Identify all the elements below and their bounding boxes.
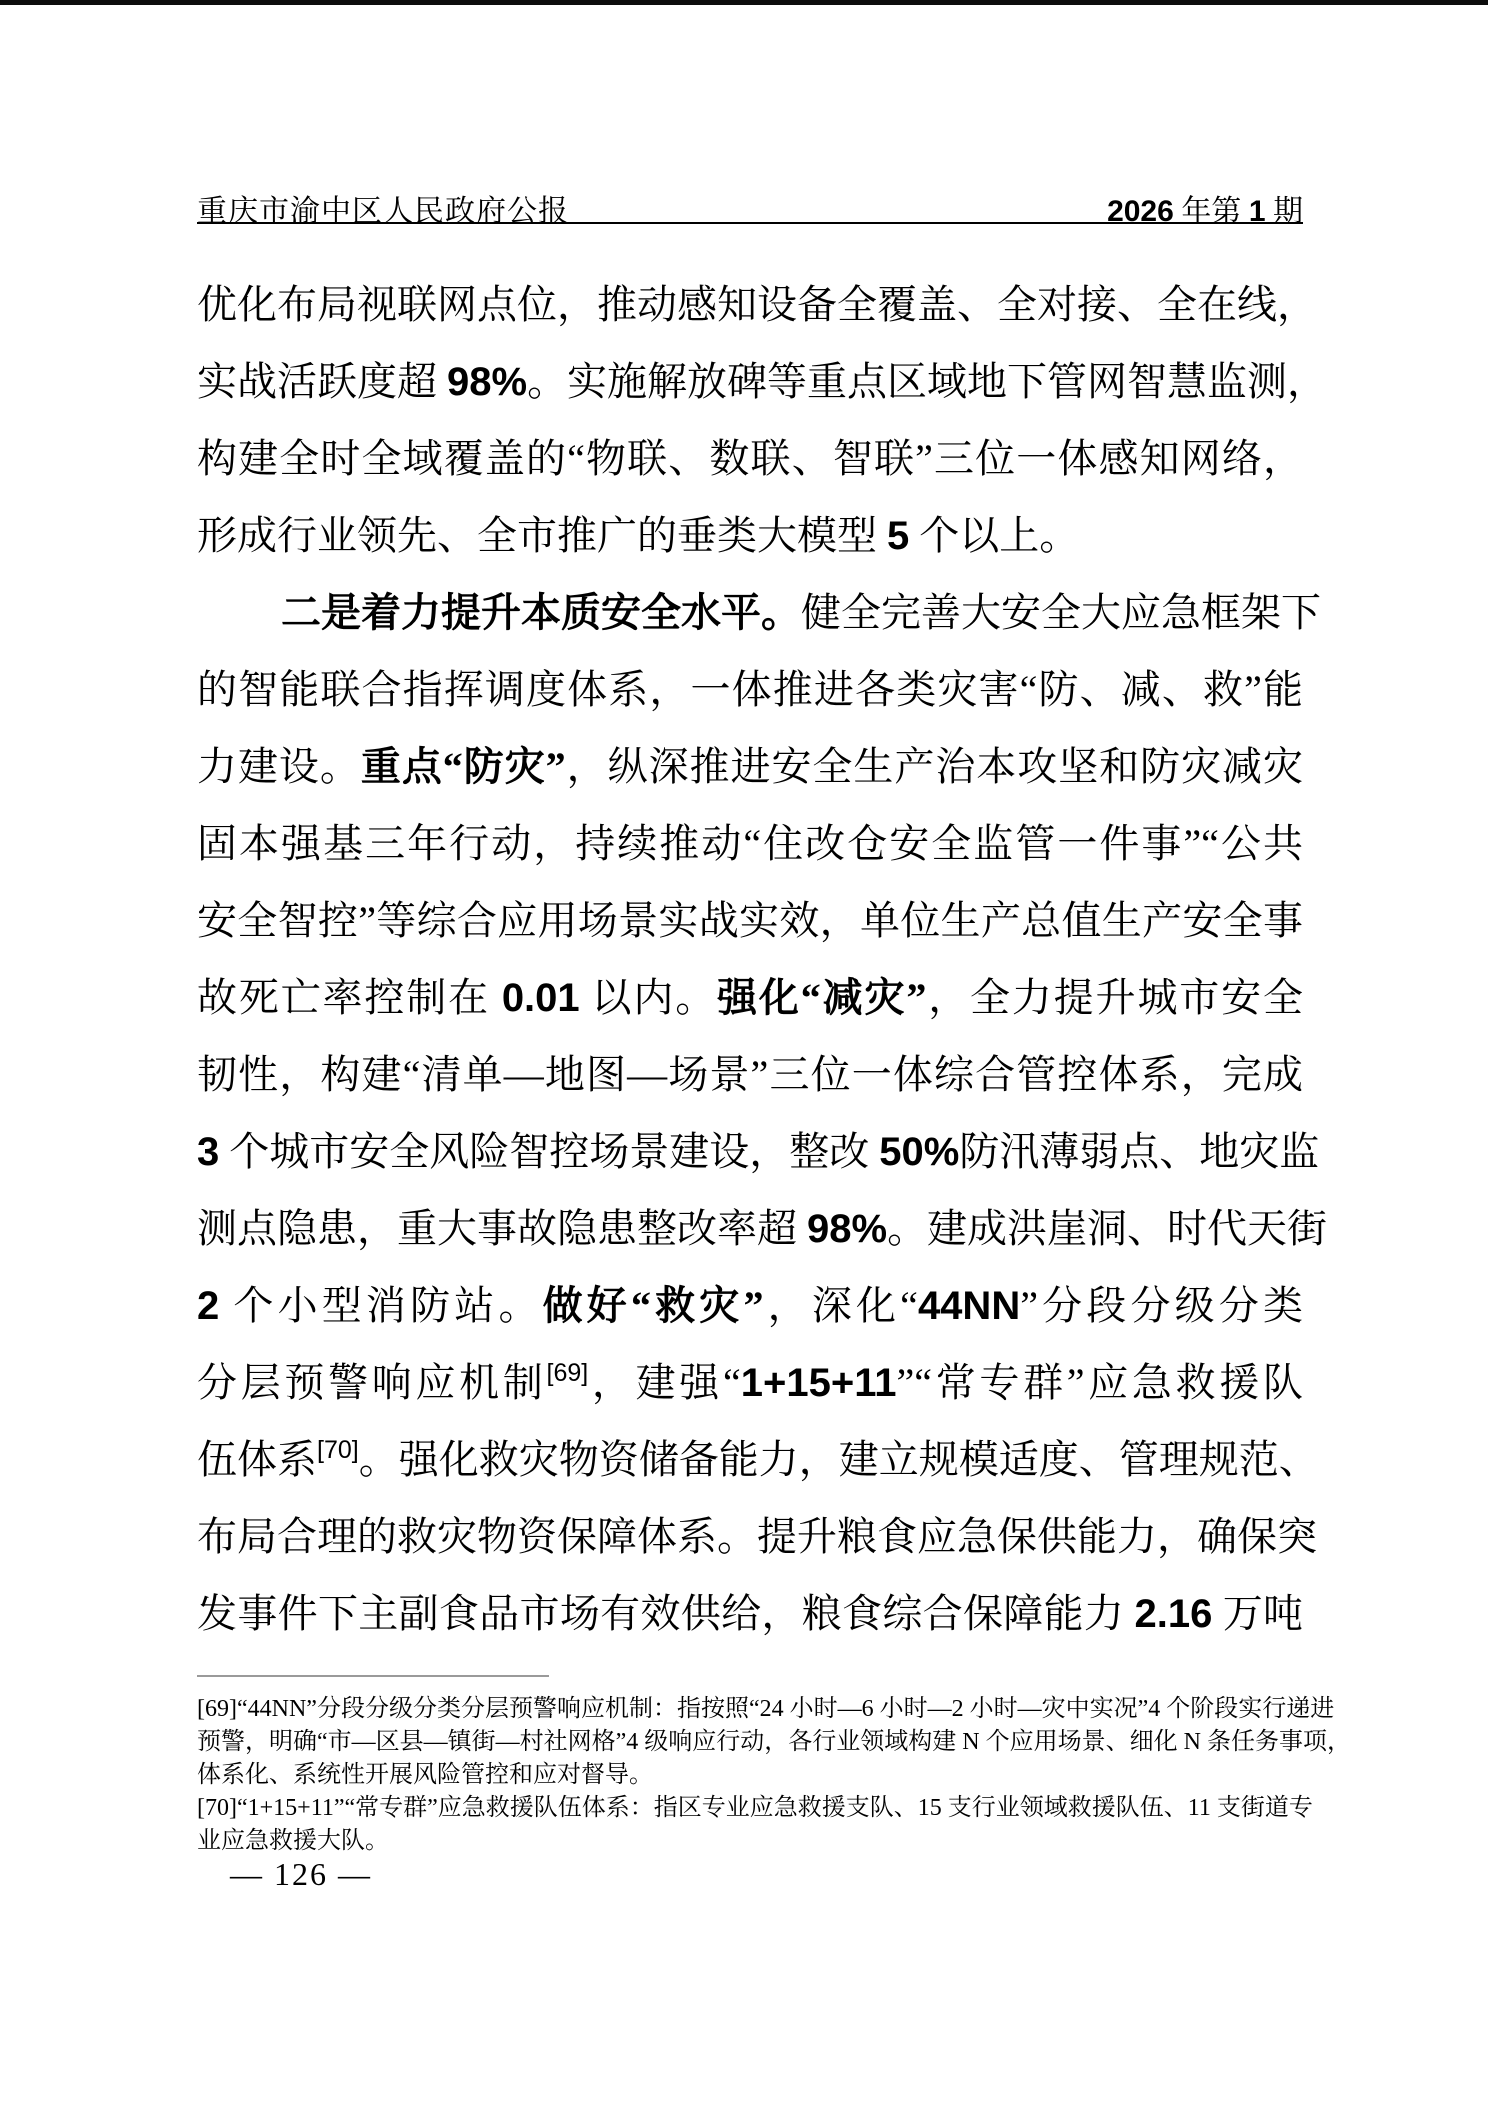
text-segment: 力建设。 (197, 744, 361, 789)
text-segment: 。实施解放碑等重点区域地下管网智慧监测， (527, 359, 1327, 404)
footnote-line: [69]“44NN”分段分级分类分层预警响应机制：指按照“24 小时—6 小时—… (197, 1693, 1303, 1726)
body-line: 形成行业领先、全市推广的垂类大模型 5 个以上。 (197, 497, 1303, 574)
text-segment: 个城市安全风险智控场景建设，整改 (219, 1129, 879, 1174)
text-segment: [70]“1+15+11”“常专群”应急救援队伍体系：指区专业应急救援支队、15… (197, 1795, 1313, 1821)
text-segment: 发事件下主副食品市场有效供给，粮食综合保障能力 (197, 1591, 1135, 1636)
body-line: 构建全时全域覆盖的“物联、数联、智联”三位一体感知网络， (197, 420, 1303, 497)
document-body: 优化布局视联网点位，推动感知设备全覆盖、全对接、全在线，实战活跃度超 98%。实… (197, 266, 1303, 1652)
text-segment: 0.01 (502, 976, 580, 1020)
text-segment: 的智能联合指挥调度体系，一体推进各类灾害“防、减、救”能 (197, 667, 1303, 712)
text-segment: 业应急救援大队。 (197, 1828, 389, 1854)
text-segment: 形成行业领先、全市推广的垂类大模型 (197, 513, 887, 558)
body-line: 发事件下主副食品市场有效供给，粮食综合保障能力 2.16 万吨 (197, 1575, 1303, 1652)
text-segment: 健全完善大安全大应急框架下 (801, 590, 1321, 635)
text-segment: 个小型消防站。 (219, 1283, 542, 1328)
text-segment: 韧性，构建“清单—地图—场景”三位一体综合管控体系，完成 (197, 1052, 1303, 1097)
text-segment: 固本强基三年行动，持续推动“住改仓安全监管一件事”“公共 (197, 821, 1303, 866)
footnote-line: 业应急救援大队。 (197, 1825, 1303, 1858)
body-line: 二是着力提升本质安全水平。健全完善大安全大应急框架下 (197, 574, 1303, 651)
text-segment: ，深化“ (763, 1283, 917, 1328)
body-line: 测点隐患，重大事故隐患整改率超 98%。建成洪崖洞、时代天街 (197, 1190, 1303, 1267)
gazette-page: 重庆市渝中区人民政府公报 2026 年第 1 期 优化布局视联网点位，推动感知设… (0, 0, 1488, 2104)
text-segment: 体系化、系统性开展风险管控和应对督导。 (197, 1762, 653, 1788)
text-segment: 二是着力提升本质安全水平。 (281, 590, 801, 635)
page-number: — 126 — (230, 1856, 372, 1893)
text-segment: ，建强“ (588, 1360, 741, 1405)
text-segment: 2 (197, 1284, 219, 1328)
text-segment: 预警，明确“市—区县—镇街—村社网格”4 级响应行动，各行业领域构建 N 个应用… (197, 1729, 1351, 1755)
header-rule (197, 222, 1303, 224)
body-line: 分层预警响应机制[69]，建强“1+15+11”“常专群”应急救援队 (197, 1344, 1303, 1421)
top-edge-bar (0, 0, 1488, 5)
text-segment: 5 (887, 514, 909, 558)
body-line: 优化布局视联网点位，推动感知设备全覆盖、全对接、全在线， (197, 266, 1303, 343)
text-segment: [70] (317, 1436, 359, 1464)
footnotes: [69]“44NN”分段分级分类分层预警响应机制：指按照“24 小时—6 小时—… (197, 1693, 1303, 1858)
body-line: 实战活跃度超 98%。实施解放碑等重点区域地下管网智慧监测， (197, 343, 1303, 420)
text-segment: 个以上。 (909, 513, 1079, 558)
body-line: 安全智控”等综合应用场景实战实效，单位生产总值生产安全事 (197, 882, 1303, 959)
text-segment: [69]“44NN”分段分级分类分层预警响应机制：指按照“24 小时—6 小时—… (197, 1696, 1334, 1722)
text-segment: ”“常专群”应急救援队 (897, 1360, 1303, 1405)
text-segment: 分层预警响应机制 (197, 1360, 547, 1405)
text-segment: [69] (547, 1359, 589, 1387)
footnote-line: 体系化、系统性开展风险管控和应对督导。 (197, 1759, 1303, 1792)
text-segment: 重点“防灾” (361, 744, 566, 789)
body-line: 2 个小型消防站。做好“救灾”，深化“44NN”分段分级分类 (197, 1267, 1303, 1344)
text-segment: ”分段分级分类 (1020, 1283, 1303, 1328)
text-segment: 44NN (918, 1284, 1020, 1328)
text-segment: 3 (197, 1130, 219, 1174)
body-line: 固本强基三年行动，持续推动“住改仓安全监管一件事”“公共 (197, 805, 1303, 882)
body-line: 力建设。重点“防灾”，纵深推进安全生产治本攻坚和防灾减灾 (197, 728, 1303, 805)
footnote-separator (197, 1675, 549, 1677)
text-segment: 2.16 (1135, 1592, 1213, 1636)
body-line: 3 个城市安全风险智控场景建设，整改 50%防汛薄弱点、地灾监 (197, 1113, 1303, 1190)
text-segment: 。强化救灾物资储备能力，建立规模适度、管理规范、 (359, 1437, 1319, 1482)
text-segment: 伍体系 (197, 1437, 317, 1482)
body-line: 韧性，构建“清单—地图—场景”三位一体综合管控体系，完成 (197, 1036, 1303, 1113)
text-segment: 98% (807, 1207, 887, 1251)
text-segment: 实战活跃度超 (197, 359, 447, 404)
text-segment: ，纵深推进安全生产治本攻坚和防灾减灾 (566, 744, 1303, 789)
footnote-line: [70]“1+15+11”“常专群”应急救援队伍体系：指区专业应急救援支队、15… (197, 1792, 1303, 1825)
body-line: 的智能联合指挥调度体系，一体推进各类灾害“防、减、救”能 (197, 651, 1303, 728)
text-segment: 故死亡率控制在 (197, 975, 502, 1020)
body-line: 布局合理的救灾物资保障体系。提升粮食应急保供能力，确保突 (197, 1498, 1303, 1575)
text-segment: 50% (879, 1130, 959, 1174)
body-line: 故死亡率控制在 0.01 以内。强化“减灾”，全力提升城市安全 (197, 959, 1303, 1036)
text-segment: ，全力提升城市安全 (926, 975, 1303, 1020)
text-segment: 万吨 (1212, 1591, 1303, 1636)
text-segment: 优化布局视联网点位，推动感知设备全覆盖、全对接、全在线， (197, 282, 1317, 327)
text-segment: 测点隐患，重大事故隐患整改率超 (197, 1206, 807, 1251)
text-segment: 1+15+11 (741, 1361, 897, 1405)
text-segment: 。建成洪崖洞、时代天街 (887, 1206, 1327, 1251)
text-segment: 强化“减灾” (717, 975, 926, 1020)
text-segment: 98% (447, 360, 527, 404)
text-segment: 布局合理的救灾物资保障体系。提升粮食应急保供能力，确保突 (197, 1514, 1317, 1559)
text-segment: 构建全时全域覆盖的“物联、数联、智联”三位一体感知网络， (197, 436, 1303, 481)
text-segment: 以内。 (580, 975, 717, 1020)
text-segment: 防汛薄弱点、地灾监 (959, 1129, 1319, 1174)
text-segment: 做好“救灾” (543, 1283, 764, 1328)
body-line: 伍体系[70]。强化救灾物资储备能力，建立规模适度、管理规范、 (197, 1421, 1303, 1498)
footnote-line: 预警，明确“市—区县—镇街—村社网格”4 级响应行动，各行业领域构建 N 个应用… (197, 1726, 1303, 1759)
text-segment: 安全智控”等综合应用场景实战实效，单位生产总值生产安全事 (197, 898, 1303, 943)
